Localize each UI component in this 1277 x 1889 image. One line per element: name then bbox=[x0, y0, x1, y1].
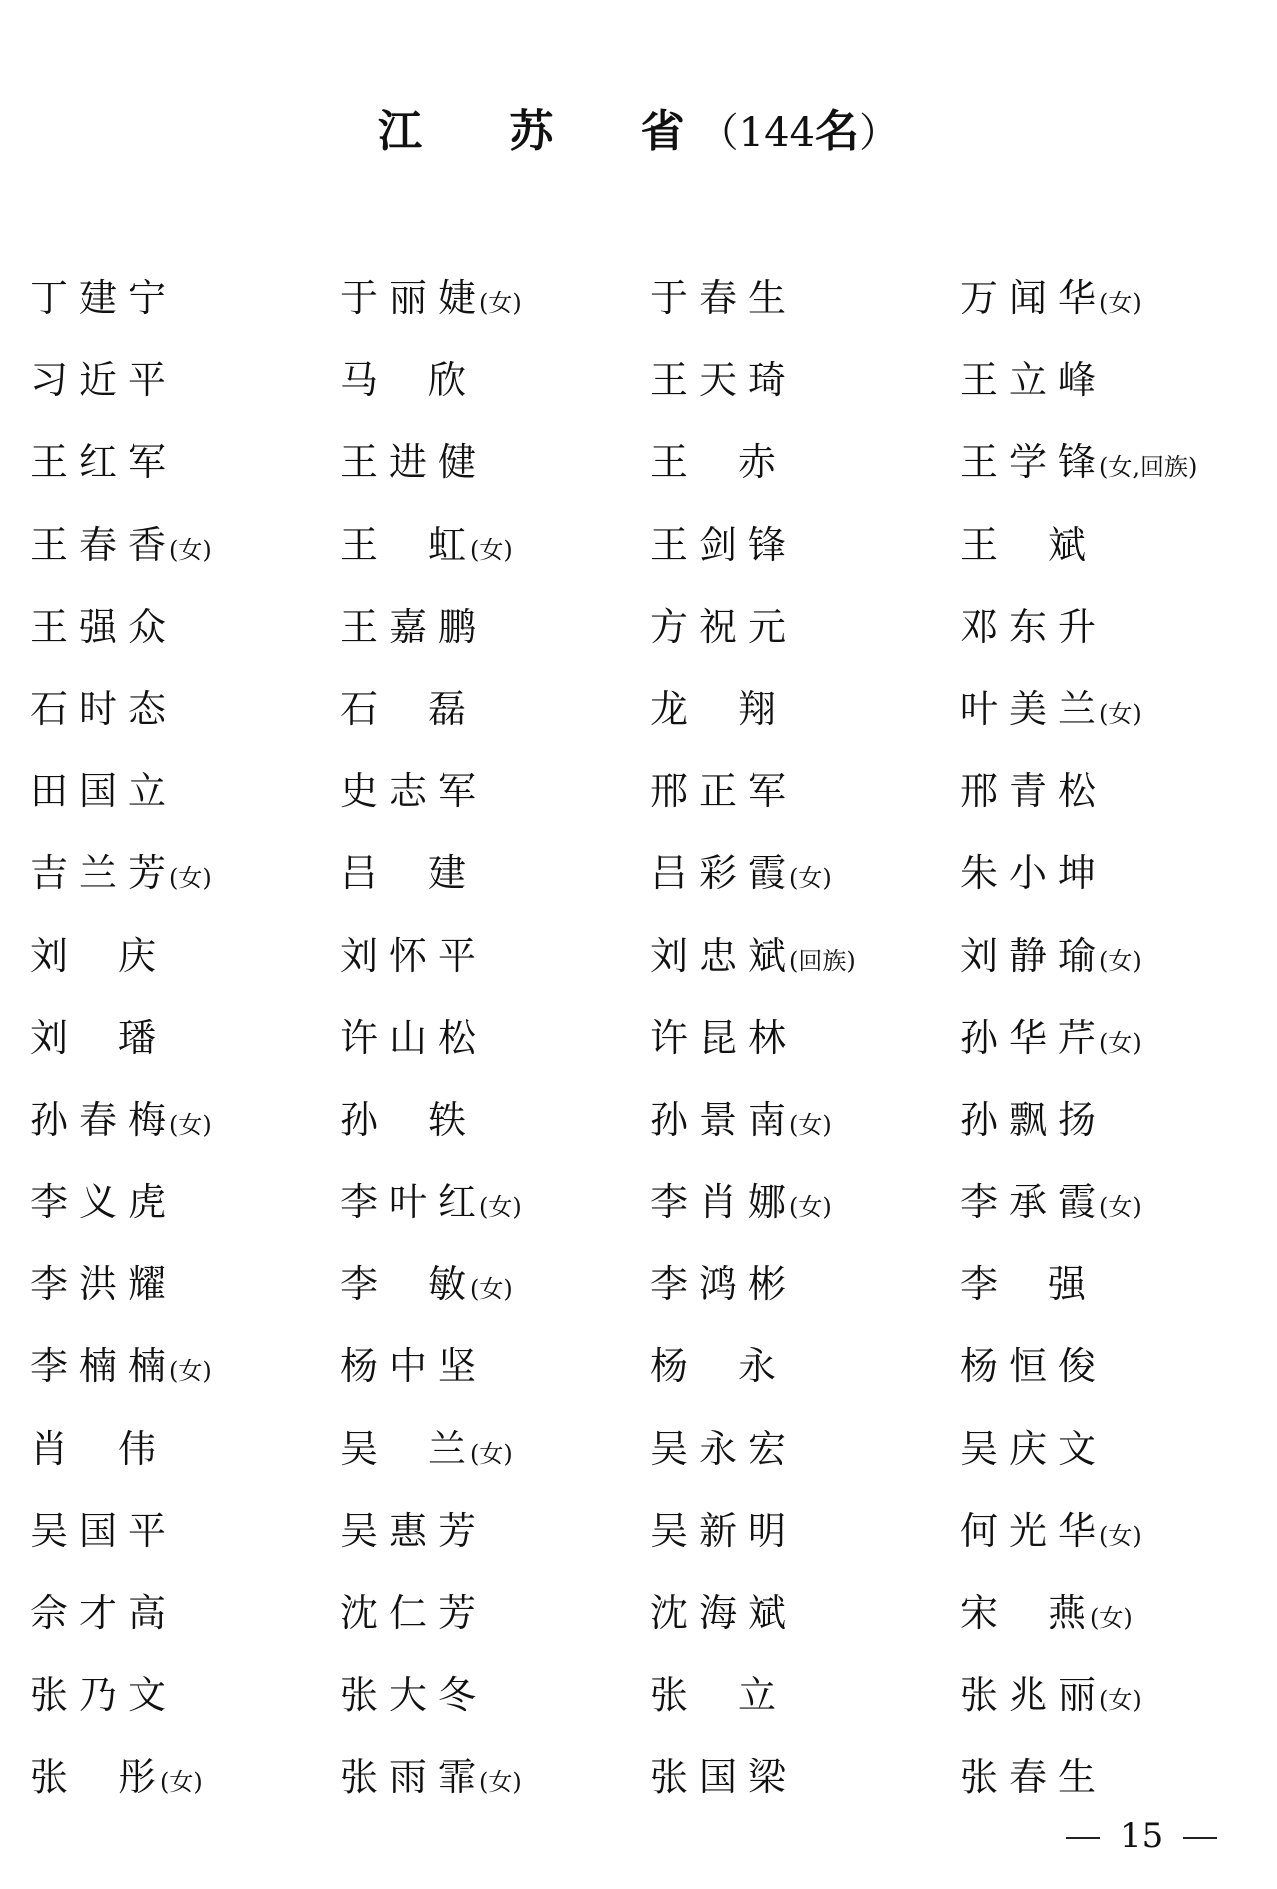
delegate-name: 刘怀平 bbox=[340, 928, 487, 984]
delegate-name-char: 王 bbox=[650, 434, 688, 490]
delegate-name-char: 龙 bbox=[650, 681, 688, 737]
delegate-entry: 张大冬 bbox=[340, 1667, 650, 1723]
delegate-name: 李楠楠 bbox=[30, 1338, 177, 1394]
delegate-name: 张兆丽 bbox=[960, 1667, 1107, 1723]
delegate-name: 吴国平 bbox=[30, 1503, 177, 1559]
delegate-name: 刘忠斌 bbox=[650, 928, 797, 984]
delegate-name: 杨中坚 bbox=[340, 1338, 487, 1394]
delegate-entry: 肖伟 bbox=[30, 1421, 340, 1477]
delegate-entry: 王春香(女) bbox=[30, 517, 340, 573]
delegate-entry: 张国梁 bbox=[650, 1749, 960, 1805]
delegate-entry: 吴庆文 bbox=[960, 1421, 1260, 1477]
delegate-name: 孙飘扬 bbox=[960, 1092, 1107, 1148]
delegate-entry: 丁建宁 bbox=[30, 270, 340, 326]
delegate-name: 李肖娜 bbox=[650, 1174, 797, 1230]
delegate-entry: 杨永 bbox=[650, 1338, 960, 1394]
delegate-name: 王剑锋 bbox=[650, 517, 797, 573]
delegate-entry: 沈海斌 bbox=[650, 1585, 960, 1641]
delegate-note: (女) bbox=[479, 1767, 522, 1797]
delegate-name: 吴庆文 bbox=[960, 1421, 1107, 1477]
delegate-name-char: 永 bbox=[738, 1338, 776, 1394]
delegate-name: 孙轶 bbox=[340, 1092, 466, 1148]
delegate-entry: 王剑锋 bbox=[650, 517, 960, 573]
delegate-name-char: 李 bbox=[960, 1256, 998, 1312]
delegate-name-char: 杨 bbox=[650, 1338, 688, 1394]
delegate-name: 吕建 bbox=[340, 845, 466, 901]
delegate-entry: 孙景南(女) bbox=[650, 1092, 960, 1148]
delegate-name-list: 丁建宁于丽婕(女)于春生万闻华(女)习近平马欣王天琦王立峰王红军王进健王赤王学锋… bbox=[30, 270, 1260, 1832]
delegate-note: (女) bbox=[789, 863, 832, 893]
delegate-name-char: 石 bbox=[340, 681, 378, 737]
delegate-name: 于春生 bbox=[650, 270, 797, 326]
delegate-entry: 张彤(女) bbox=[30, 1749, 340, 1805]
delegate-name: 杨恒俊 bbox=[960, 1338, 1107, 1394]
delegate-entry: 刘怀平 bbox=[340, 928, 650, 984]
delegate-entry: 吉兰芳(女) bbox=[30, 845, 340, 901]
page-number-dash-right bbox=[1183, 1837, 1217, 1839]
delegate-entry: 沈仁芳 bbox=[340, 1585, 650, 1641]
province-name: 江 苏 省 bbox=[378, 106, 721, 157]
delegate-name-char: 彤 bbox=[118, 1749, 156, 1805]
delegate-name: 王红军 bbox=[30, 434, 177, 490]
delegate-entry: 宋燕(女) bbox=[960, 1585, 1260, 1641]
delegate-name: 刘庆 bbox=[30, 928, 156, 984]
delegate-name: 李义虎 bbox=[30, 1174, 177, 1230]
delegate-note: (女) bbox=[1099, 1521, 1142, 1551]
delegate-name-char: 宋 bbox=[960, 1585, 998, 1641]
delegate-name: 吴新明 bbox=[650, 1503, 797, 1559]
delegate-name: 吴兰 bbox=[340, 1421, 466, 1477]
delegate-name-char: 建 bbox=[428, 845, 466, 901]
delegate-name: 马欣 bbox=[340, 352, 466, 408]
delegate-name: 王斌 bbox=[960, 517, 1086, 573]
delegate-entry: 李义虎 bbox=[30, 1174, 340, 1230]
delegate-name: 许昆林 bbox=[650, 1010, 797, 1066]
delegate-entry: 方祝元 bbox=[650, 599, 960, 655]
delegate-entry: 吕彩霞(女) bbox=[650, 845, 960, 901]
delegate-entry: 李强 bbox=[960, 1256, 1260, 1312]
delegate-name: 丁建宁 bbox=[30, 270, 177, 326]
delegate-name: 邢正军 bbox=[650, 763, 797, 819]
delegate-name: 张立 bbox=[650, 1667, 776, 1723]
delegate-name-char: 欣 bbox=[428, 352, 466, 408]
delegate-name-char: 虹 bbox=[428, 517, 466, 573]
delegate-name: 张彤 bbox=[30, 1749, 156, 1805]
delegate-entry: 于春生 bbox=[650, 270, 960, 326]
delegate-name: 王立峰 bbox=[960, 352, 1107, 408]
delegate-count: （144名） bbox=[699, 110, 899, 156]
delegate-note: (女) bbox=[470, 1274, 513, 1304]
delegate-entry: 邢青松 bbox=[960, 763, 1260, 819]
delegate-entry: 邓东升 bbox=[960, 599, 1260, 655]
delegate-entry: 李叶红(女) bbox=[340, 1174, 650, 1230]
delegate-name: 石磊 bbox=[340, 681, 466, 737]
delegate-name-char: 赤 bbox=[738, 434, 776, 490]
delegate-name-char: 敏 bbox=[428, 1256, 466, 1312]
delegate-entry: 吕建 bbox=[340, 845, 650, 901]
delegate-name: 王强众 bbox=[30, 599, 177, 655]
delegate-entry: 吴国平 bbox=[30, 1503, 340, 1559]
delegate-name: 王学锋 bbox=[960, 434, 1107, 490]
delegate-name: 李叶红 bbox=[340, 1174, 487, 1230]
delegate-name: 吴惠芳 bbox=[340, 1503, 487, 1559]
page-title: 江 苏 省（144名） bbox=[0, 102, 1277, 163]
delegate-name-char: 斌 bbox=[1048, 517, 1086, 573]
delegate-name-char: 王 bbox=[960, 517, 998, 573]
delegate-entry: 刘庆 bbox=[30, 928, 340, 984]
delegate-note: (女) bbox=[470, 535, 513, 565]
delegate-name: 王天琦 bbox=[650, 352, 797, 408]
delegate-name-char: 燕 bbox=[1048, 1585, 1086, 1641]
delegate-name: 石时态 bbox=[30, 681, 177, 737]
delegate-name-char: 立 bbox=[738, 1667, 776, 1723]
delegate-entry: 张雨霏(女) bbox=[340, 1749, 650, 1805]
delegate-name-char: 翔 bbox=[738, 681, 776, 737]
delegate-entry: 王立峰 bbox=[960, 352, 1260, 408]
delegate-name: 史志军 bbox=[340, 763, 487, 819]
delegate-name: 吴永宏 bbox=[650, 1421, 797, 1477]
delegate-note: (女) bbox=[1090, 1603, 1133, 1633]
delegate-note: (女) bbox=[1099, 1028, 1142, 1058]
delegate-name-char: 强 bbox=[1048, 1256, 1086, 1312]
delegate-name: 朱小坤 bbox=[960, 845, 1107, 901]
delegate-name: 孙华芹 bbox=[960, 1010, 1107, 1066]
delegate-entry: 习近平 bbox=[30, 352, 340, 408]
delegate-entry: 张乃文 bbox=[30, 1667, 340, 1723]
delegate-name: 李鸿彬 bbox=[650, 1256, 797, 1312]
delegate-entry: 李楠楠(女) bbox=[30, 1338, 340, 1394]
delegate-entry: 邢正军 bbox=[650, 763, 960, 819]
delegate-name: 张国梁 bbox=[650, 1749, 797, 1805]
delegate-entry: 吴新明 bbox=[650, 1503, 960, 1559]
delegate-name: 吕彩霞 bbox=[650, 845, 797, 901]
delegate-note: (女) bbox=[169, 1110, 212, 1140]
delegate-entry: 马欣 bbox=[340, 352, 650, 408]
delegate-entry: 许山松 bbox=[340, 1010, 650, 1066]
delegate-entry: 石时态 bbox=[30, 681, 340, 737]
delegate-entry: 何光华(女) bbox=[960, 1503, 1260, 1559]
delegate-name: 李洪耀 bbox=[30, 1256, 177, 1312]
delegate-note: (女) bbox=[789, 1110, 832, 1140]
delegate-name: 王进健 bbox=[340, 434, 487, 490]
delegate-name-char: 吴 bbox=[340, 1421, 378, 1477]
delegate-name: 沈海斌 bbox=[650, 1585, 797, 1641]
delegate-count-number: 144 bbox=[739, 110, 815, 156]
delegate-name: 方祝元 bbox=[650, 599, 797, 655]
delegate-note: (女) bbox=[1099, 946, 1142, 976]
delegate-name: 沈仁芳 bbox=[340, 1585, 487, 1641]
delegate-name-char: 刘 bbox=[30, 928, 68, 984]
delegate-entry: 王虹(女) bbox=[340, 517, 650, 573]
delegate-note: (女) bbox=[479, 1192, 522, 1222]
delegate-entry: 王斌 bbox=[960, 517, 1260, 573]
delegate-note: (女) bbox=[470, 1439, 513, 1469]
delegate-name: 李强 bbox=[960, 1256, 1086, 1312]
delegate-entry: 王学锋(女,回族) bbox=[960, 434, 1260, 490]
delegate-name: 许山松 bbox=[340, 1010, 487, 1066]
delegate-name: 邓东升 bbox=[960, 599, 1107, 655]
delegate-name: 叶美兰 bbox=[960, 681, 1107, 737]
delegate-name: 张雨霏 bbox=[340, 1749, 487, 1805]
delegate-name: 于丽婕 bbox=[340, 270, 487, 326]
delegate-name: 刘璠 bbox=[30, 1010, 156, 1066]
delegate-name-char: 吕 bbox=[340, 845, 378, 901]
page-number-dash-left bbox=[1066, 1837, 1100, 1839]
delegate-entry: 孙华芹(女) bbox=[960, 1010, 1260, 1066]
delegate-note: (回族) bbox=[789, 946, 856, 976]
delegate-name: 杨永 bbox=[650, 1338, 776, 1394]
delegate-note: (女) bbox=[1099, 288, 1142, 318]
delegate-note: (女) bbox=[1099, 699, 1142, 729]
delegate-entry: 张春生 bbox=[960, 1749, 1260, 1805]
delegate-name: 王赤 bbox=[650, 434, 776, 490]
delegate-note: (女) bbox=[1099, 1192, 1142, 1222]
delegate-name-char: 璠 bbox=[118, 1010, 156, 1066]
delegate-name: 肖伟 bbox=[30, 1421, 156, 1477]
delegate-name-char: 兰 bbox=[428, 1421, 466, 1477]
delegate-note: (女) bbox=[1099, 1685, 1142, 1715]
delegate-name: 孙景南 bbox=[650, 1092, 797, 1148]
delegate-note: (女) bbox=[479, 288, 522, 318]
delegate-entry: 张兆丽(女) bbox=[960, 1667, 1260, 1723]
delegate-name-char: 伟 bbox=[118, 1421, 156, 1477]
delegate-name-char: 磊 bbox=[428, 681, 466, 737]
delegate-name-char: 刘 bbox=[30, 1010, 68, 1066]
delegate-entry: 于丽婕(女) bbox=[340, 270, 650, 326]
delegate-entry: 刘忠斌(回族) bbox=[650, 928, 960, 984]
delegate-entry: 孙轶 bbox=[340, 1092, 650, 1148]
delegate-name-char: 孙 bbox=[340, 1092, 378, 1148]
delegate-name: 田国立 bbox=[30, 763, 177, 819]
delegate-entry: 朱小坤 bbox=[960, 845, 1260, 901]
delegate-entry: 王赤 bbox=[650, 434, 960, 490]
delegate-name-char: 马 bbox=[340, 352, 378, 408]
delegate-entry: 史志军 bbox=[340, 763, 650, 819]
delegate-name: 王嘉鹏 bbox=[340, 599, 487, 655]
delegate-name-char: 肖 bbox=[30, 1421, 68, 1477]
delegate-note: (女) bbox=[169, 863, 212, 893]
delegate-name-char: 轶 bbox=[428, 1092, 466, 1148]
delegate-name: 孙春梅 bbox=[30, 1092, 177, 1148]
delegate-name: 王春香 bbox=[30, 517, 177, 573]
delegate-note: (女) bbox=[160, 1767, 203, 1797]
delegate-entry: 吴惠芳 bbox=[340, 1503, 650, 1559]
delegate-name: 龙翔 bbox=[650, 681, 776, 737]
delegate-entry: 石磊 bbox=[340, 681, 650, 737]
delegate-entry: 孙飘扬 bbox=[960, 1092, 1260, 1148]
delegate-name: 李敏 bbox=[340, 1256, 466, 1312]
delegate-entry: 张立 bbox=[650, 1667, 960, 1723]
delegate-note: (女,回族) bbox=[1099, 452, 1197, 482]
delegate-name-char: 张 bbox=[30, 1749, 68, 1805]
delegate-entry: 刘璠 bbox=[30, 1010, 340, 1066]
delegate-entry: 吴兰(女) bbox=[340, 1421, 650, 1477]
delegate-name: 习近平 bbox=[30, 352, 177, 408]
delegate-entry: 万闻华(女) bbox=[960, 270, 1260, 326]
delegate-entry: 王天琦 bbox=[650, 352, 960, 408]
delegate-entry: 佘才高 bbox=[30, 1585, 340, 1641]
delegate-name: 吉兰芳 bbox=[30, 845, 177, 901]
delegate-entry: 王红军 bbox=[30, 434, 340, 490]
page-number: 15 bbox=[1046, 1816, 1237, 1856]
delegate-name: 邢青松 bbox=[960, 763, 1107, 819]
delegate-entry: 杨恒俊 bbox=[960, 1338, 1260, 1394]
delegate-entry: 李敏(女) bbox=[340, 1256, 650, 1312]
delegate-name-char: 庆 bbox=[118, 928, 156, 984]
delegate-entry: 许昆林 bbox=[650, 1010, 960, 1066]
delegate-name-char: 李 bbox=[340, 1256, 378, 1312]
delegate-name: 张大冬 bbox=[340, 1667, 487, 1723]
delegate-note: (女) bbox=[789, 1192, 832, 1222]
delegate-entry: 王进健 bbox=[340, 434, 650, 490]
delegate-entry: 叶美兰(女) bbox=[960, 681, 1260, 737]
delegate-note: (女) bbox=[169, 1356, 212, 1386]
delegate-entry: 龙翔 bbox=[650, 681, 960, 737]
delegate-entry: 李肖娜(女) bbox=[650, 1174, 960, 1230]
delegate-name-char: 王 bbox=[340, 517, 378, 573]
delegate-entry: 吴永宏 bbox=[650, 1421, 960, 1477]
delegate-name: 李承霞 bbox=[960, 1174, 1107, 1230]
delegate-name: 万闻华 bbox=[960, 270, 1107, 326]
delegate-entry: 杨中坚 bbox=[340, 1338, 650, 1394]
delegate-name: 王虹 bbox=[340, 517, 466, 573]
delegate-entry: 王强众 bbox=[30, 599, 340, 655]
delegate-name: 宋燕 bbox=[960, 1585, 1086, 1641]
delegate-name: 张春生 bbox=[960, 1749, 1107, 1805]
delegate-entry: 李承霞(女) bbox=[960, 1174, 1260, 1230]
delegate-name: 刘静瑜 bbox=[960, 928, 1107, 984]
delegate-entry: 李洪耀 bbox=[30, 1256, 340, 1312]
delegate-name: 何光华 bbox=[960, 1503, 1107, 1559]
delegate-note: (女) bbox=[169, 535, 212, 565]
delegate-name: 佘才高 bbox=[30, 1585, 177, 1641]
delegate-entry: 田国立 bbox=[30, 763, 340, 819]
delegate-entry: 刘静瑜(女) bbox=[960, 928, 1260, 984]
delegate-entry: 李鸿彬 bbox=[650, 1256, 960, 1312]
delegate-name-char: 张 bbox=[650, 1667, 688, 1723]
delegate-entry: 王嘉鹏 bbox=[340, 599, 650, 655]
delegate-entry: 孙春梅(女) bbox=[30, 1092, 340, 1148]
delegate-name: 张乃文 bbox=[30, 1667, 177, 1723]
